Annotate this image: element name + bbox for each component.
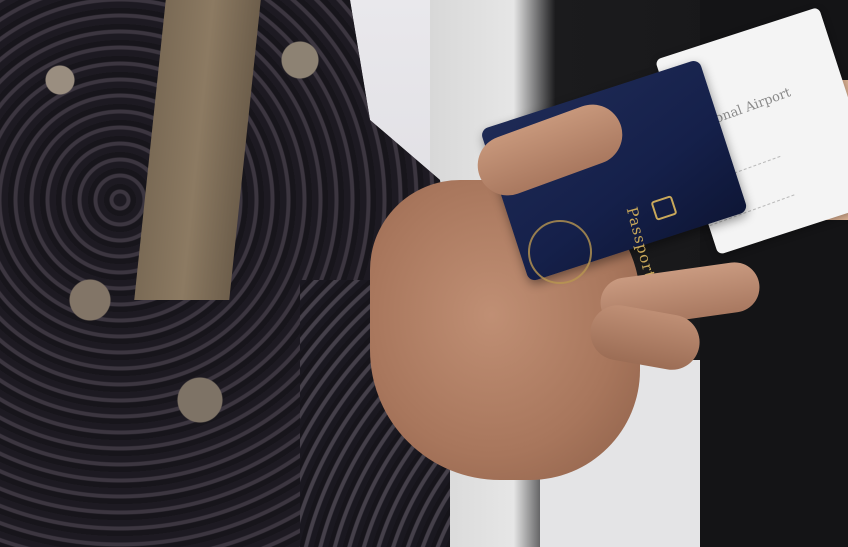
photo-scene: ernational Airport Passport bbox=[0, 0, 848, 547]
coat-of-arms-icon bbox=[528, 220, 592, 284]
